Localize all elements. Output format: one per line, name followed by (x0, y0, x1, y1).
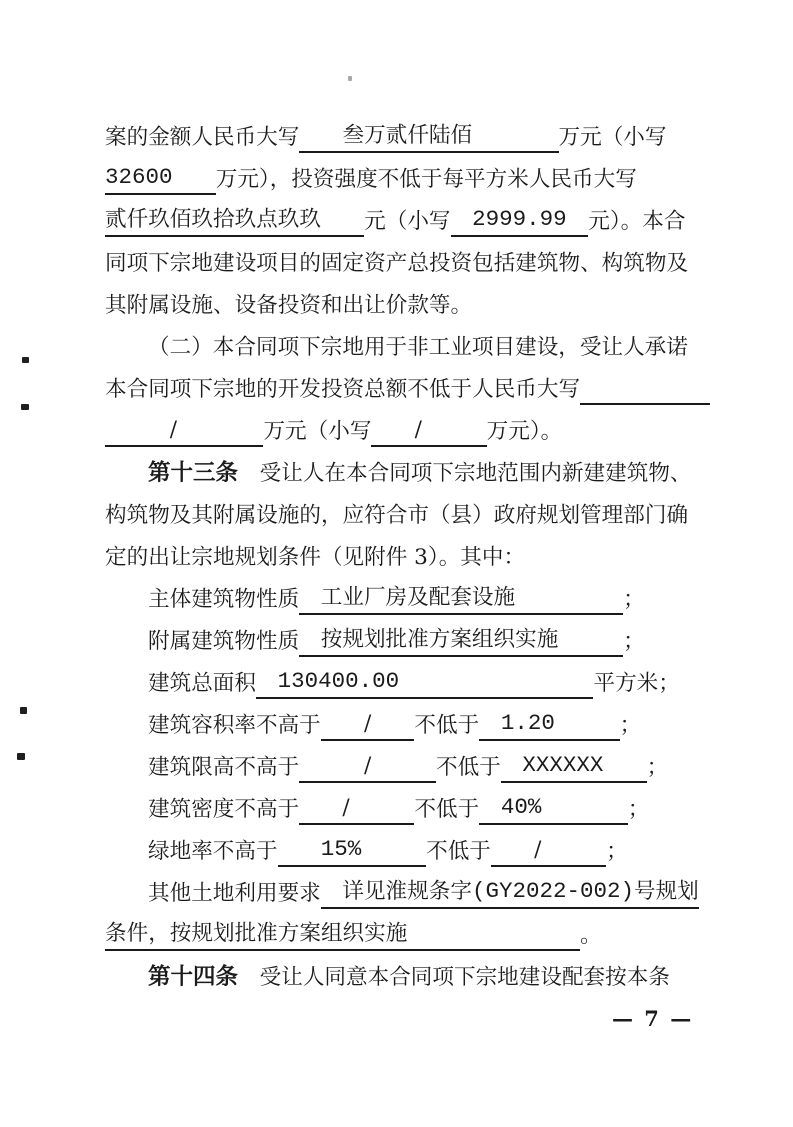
fill-in-blank: (GY2022-002) (472, 876, 634, 909)
fill-in-blank (580, 372, 710, 405)
text-run (238, 962, 260, 993)
fill-in-blank: 32600 (105, 162, 173, 195)
fill-in-blank (479, 708, 501, 741)
text-run: 不低于 (426, 836, 491, 867)
text-line: 32600 万元），投资强度不低于每平方米人民币大写 (105, 153, 710, 195)
fill-in-blank (451, 204, 473, 237)
text-run: ； (623, 584, 645, 615)
fill-in-blank: 条件，按规划批准方案组织实施 (105, 918, 580, 951)
fill-in-blank (567, 204, 589, 237)
text-line: 本合同项下宗地的开发投资总额不低于人民币大写 (105, 363, 710, 405)
text-run (238, 458, 260, 489)
fill-in-blank (256, 666, 278, 699)
fill-in-blank: 40% (501, 792, 542, 825)
text-run: 受让人在本合同项下宗地范围内新建建筑物、 (260, 458, 692, 489)
text-run: 元）。本合 (588, 206, 685, 237)
text-line: 第十四条 受让人同意本合同项下宗地建设配套按本条 (105, 951, 710, 993)
text-line: 绿地率不高于 15% 不低于 / ； (105, 825, 710, 867)
text-run: 建筑总面积 (148, 668, 256, 699)
text-run: 受让人同意本合同项下宗地建设配套按本条 (260, 962, 670, 993)
text-run: 建筑容积率不高于 (148, 710, 321, 741)
text-line: 定的出让宗地规划条件（见附件 3）。其中： (105, 531, 710, 573)
fill-in-blank: / (371, 414, 486, 447)
text-run: 本合同项下宗地的开发投资总额不低于人民币大写 (105, 374, 580, 405)
text-line: / 万元（小写 / 万元）。 (105, 405, 710, 447)
text-run: ； (628, 794, 650, 825)
text-run: ； (620, 710, 642, 741)
text-run: ； (647, 752, 669, 783)
text-line: 案的金额人民币大写 叁万贰仟陆佰 万元（小写 (105, 111, 710, 153)
text-run: 案的金额人民币大写 (105, 122, 299, 153)
fill-in-blank: 15% (321, 834, 362, 867)
text-line: （二）本合同项下宗地用于非工业项目建设，受让人承诺 (105, 321, 710, 363)
fill-in-blank: 号规划 (634, 876, 699, 909)
text-run: 万元（小写 (263, 416, 371, 447)
fill-in-blank (555, 708, 620, 741)
text-run: 绿地率不高于 (148, 836, 278, 867)
text-run: 同项下宗地建设项目的固定资产总投资包括建筑物、构筑物及 (105, 248, 688, 279)
fill-in-blank: / (321, 708, 415, 741)
text-run: （二）本合同项下宗地用于非工业项目建设，受让人承诺 (148, 332, 688, 363)
text-run: 万元），投资强度不低于每平方米人民币大写 (216, 164, 637, 195)
fill-in-blank: 详见淮规条字 (321, 876, 472, 909)
ink-speck (348, 76, 352, 81)
text-run: 构筑物及其附属设施的，应符合市（县）政府规划管理部门确 (105, 500, 688, 531)
fill-in-blank: / (491, 834, 606, 867)
contract-scan-page: 案的金额人民币大写 叁万贰仟陆佰 万元（小写32600 万元），投资强度不低于每… (0, 0, 793, 1127)
text-line: 同项下宗地建设项目的固定资产总投资包括建筑物、构筑物及 (105, 237, 710, 279)
text-run: ； (623, 626, 645, 657)
article-heading: 第十三条 (148, 458, 238, 489)
page-number: — 7 — (612, 1006, 693, 1031)
text-line: 贰仟玖佰玖拾玖点玖玖 元（小写 2999.99 元）。本合 (105, 195, 710, 237)
text-run: 不低于 (414, 794, 479, 825)
text-run: 。 (580, 920, 602, 951)
fill-in-blank: 1.20 (501, 708, 555, 741)
text-line: 建筑总面积 130400.00 平方米； (105, 657, 710, 699)
text-run: 不低于 (414, 710, 479, 741)
text-run: 建筑密度不高于 (148, 794, 299, 825)
ink-speck (17, 753, 25, 760)
text-run: 元（小写 (364, 206, 450, 237)
text-run: 主体建筑物性质 (148, 584, 299, 615)
fill-in-blank: 贰仟玖佰玖拾玖点玖玖 (105, 204, 364, 237)
text-line: 附属建筑物性质 按规划批准方案组织实施 ； (105, 615, 710, 657)
text-run: 万元（小写 (559, 122, 667, 153)
text-run: ； (606, 836, 628, 867)
text-line: 建筑限高不高于 / 不低于 XXXXXX ； (105, 741, 710, 783)
fill-in-blank: / (299, 792, 414, 825)
text-run: 万元）。 (487, 416, 563, 447)
ink-speck (21, 404, 29, 410)
text-run: 平方米； (593, 668, 679, 699)
fill-in-blank (603, 750, 646, 783)
text-line: 主体建筑物性质 工业厂房及配套设施 ； (105, 573, 710, 615)
text-line: 建筑密度不高于 / 不低于 40% ； (105, 783, 710, 825)
fill-in-blank (501, 750, 523, 783)
fill-in-blank (479, 792, 501, 825)
fill-in-blank: 按规划批准方案组织实施 (299, 624, 623, 657)
fill-in-blank: 叁万贰仟陆佰 (299, 120, 558, 153)
fill-in-blank (278, 834, 321, 867)
text-run: 建筑限高不高于 (148, 752, 299, 783)
text-line: 构筑物及其附属设施的，应符合市（县）政府规划管理部门确 (105, 489, 710, 531)
fill-in-blank (541, 792, 627, 825)
text-line: 建筑容积率不高于 / 不低于 1.20 ； (105, 699, 710, 741)
text-line: 其他土地利用要求 详见淮规条字(GY2022-002)号规划 (105, 867, 710, 909)
fill-in-blank: / (299, 750, 436, 783)
text-line: 其附属设施、设备投资和出让价款等。 (105, 279, 710, 321)
fill-in-blank: 工业厂房及配套设施 (299, 582, 623, 615)
fill-in-blank: / (105, 414, 263, 447)
fill-in-blank (399, 666, 593, 699)
text-line: 条件，按规划批准方案组织实施 。 (105, 909, 710, 951)
text-run: 不低于 (436, 752, 501, 783)
fill-in-blank: XXXXXX (522, 750, 603, 783)
text-run: 其附属设施、设备投资和出让价款等。 (105, 290, 472, 321)
ink-speck (20, 707, 27, 714)
fill-in-blank (173, 162, 216, 195)
fill-in-blank: 130400.00 (278, 666, 400, 699)
article-heading: 第十四条 (148, 962, 238, 993)
ink-speck (22, 357, 29, 363)
text-run: 定的出让宗地规划条件（见附件 3）。其中： (105, 542, 525, 573)
text-run: 其他土地利用要求 (148, 878, 321, 909)
text-line: 第十三条 受让人在本合同项下宗地范围内新建建筑物、 (105, 447, 710, 489)
fill-in-blank: 2999.99 (472, 204, 567, 237)
text-run: 附属建筑物性质 (148, 626, 299, 657)
fill-in-blank (361, 834, 426, 867)
contract-text: 案的金额人民币大写 叁万贰仟陆佰 万元（小写32600 万元），投资强度不低于每… (105, 111, 710, 993)
